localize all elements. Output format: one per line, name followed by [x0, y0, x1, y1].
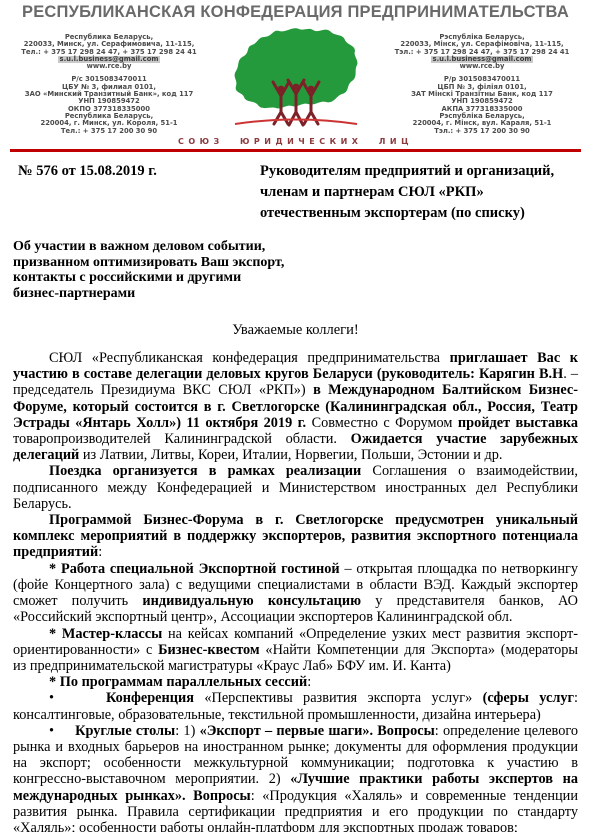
bold-run: «Экспорт – первые шаги». Вопросы: [200, 723, 435, 739]
text-run: «Перспективы развития экспорта услуг»: [194, 690, 483, 706]
text-line: призванном оптимизировать Ваш экспорт,: [13, 255, 591, 271]
subject-block: Об участии в важном деловом событии,приз…: [13, 239, 591, 302]
text-run: СЮЛ «Республиканская конфедерация предпр…: [49, 350, 450, 366]
bold-run: Поездка организуется в рамках реализации: [49, 463, 361, 479]
ground-arc: [235, 120, 357, 125]
letter-page: РЕСПУБЛИКАНСКАЯ КОНФЕДЕРАЦИЯ ПРЕДПРИНИМА…: [0, 0, 591, 832]
contact-bank-group: Р/р 3015083470011ЦБП № 3, філіял 0101,ЗА…: [373, 76, 591, 134]
letter-body: СЮЛ «Республиканская конфедерация предпр…: [13, 350, 578, 832]
bold-run: пройдет выставка: [458, 415, 578, 431]
reference-number: № 576 от 15.08.2019 г.: [18, 161, 157, 224]
text-run: :: [307, 674, 311, 690]
paragraph: Поездка организуется в рамках реализации…: [13, 463, 578, 512]
contact-address-group: Рэспубліка Беларусь,220033, Мінск, ул. С…: [373, 34, 591, 70]
paragraph: Программой Бизнес-Форума в г. Светлогорс…: [13, 512, 578, 561]
text-line: Руководителям предприятий и организаций,: [260, 161, 578, 182]
text-line: отечественным экспортерам (по списку): [260, 203, 578, 224]
organization-title: РЕСПУБЛИКАНСКАЯ КОНФЕДЕРАЦИЯ ПРЕДПРИНИМА…: [0, 0, 591, 22]
text-run: Совместно с Форумом: [306, 415, 458, 431]
bold-run: * Мастер-классы: [49, 626, 162, 642]
bold-run: Конференция: [106, 690, 194, 706]
bold-run: (сферы услуг: [483, 690, 574, 706]
website-link[interactable]: www.rce.by: [373, 63, 591, 70]
text-line: Тел.: + 375 17 200 30 90: [0, 128, 218, 135]
text-run: •: [49, 690, 106, 706]
paragraph: СЮЛ «Республиканская конфедерация предпр…: [13, 350, 578, 463]
bold-run: * Работа специальной Экспортной гостиной: [49, 561, 340, 577]
text-line: членам и партнерам СЮЛ «РКП»: [260, 182, 578, 203]
website-link[interactable]: www.rce.by: [0, 63, 218, 70]
text-run: из Латвии, Литвы, Кореи, Италии, Норвеги…: [79, 447, 502, 463]
text-line: Тэл.: + 375 17 200 30 90: [373, 128, 591, 135]
text-line: контакты с российскими и другими: [13, 270, 591, 286]
text-run: •: [49, 723, 75, 739]
contact-block-belarusian: Рэспубліка Беларусь,220033, Мінск, ул. С…: [373, 34, 591, 135]
addressee-block: Руководителям предприятий и организаций,…: [260, 161, 578, 224]
bold-run: индивидуальную консультацию: [142, 593, 361, 609]
paragraph: * Работа специальной Экспортной гостиной…: [13, 561, 578, 626]
text-line: Об участии в важном деловом событии,: [13, 239, 591, 255]
reference-row: № 576 от 15.08.2019 г. Руководителям пре…: [0, 152, 591, 224]
text-run: :: [98, 544, 102, 560]
salutation: Уважаемые коллеги!: [0, 322, 591, 339]
contact-address-group: Республика Беларусь,220033, Минск, ул. С…: [0, 34, 218, 70]
paragraph: * По программам параллельных сессий:: [13, 674, 578, 690]
paragraph: • Конференция «Перспективы развития эксп…: [13, 690, 578, 722]
bold-run: Круглые столы: [75, 723, 175, 739]
text-run: : 1): [175, 723, 199, 739]
contact-bank-group: Р/с 3015083470011ЦБУ № 3, филиал 0101,ЗА…: [0, 76, 218, 134]
tree-people-logo: [221, 26, 371, 128]
letterhead: Республика Беларусь,220033, Минск, ул. С…: [0, 26, 591, 135]
union-of-legal-entities-caption: СОЮЗ ЮРИДИЧЕСКИХ ЛИЦ: [0, 137, 591, 146]
contact-block-russian: Республика Беларусь,220033, Минск, ул. С…: [0, 34, 218, 135]
text-line: бизнес-партнерами: [13, 286, 591, 302]
text-run: товаропроизводителей Калининградской обл…: [13, 431, 351, 447]
paragraph: • Круглые столы: 1) «Экспорт – первые ша…: [13, 723, 578, 832]
paragraph: * Мастер-классы на кейсах компаний «Опре…: [13, 626, 578, 675]
bold-run: Бизнес-квестом: [158, 642, 260, 658]
bold-run: * По программам параллельных сессий: [49, 674, 307, 690]
logo-container: [218, 26, 373, 128]
